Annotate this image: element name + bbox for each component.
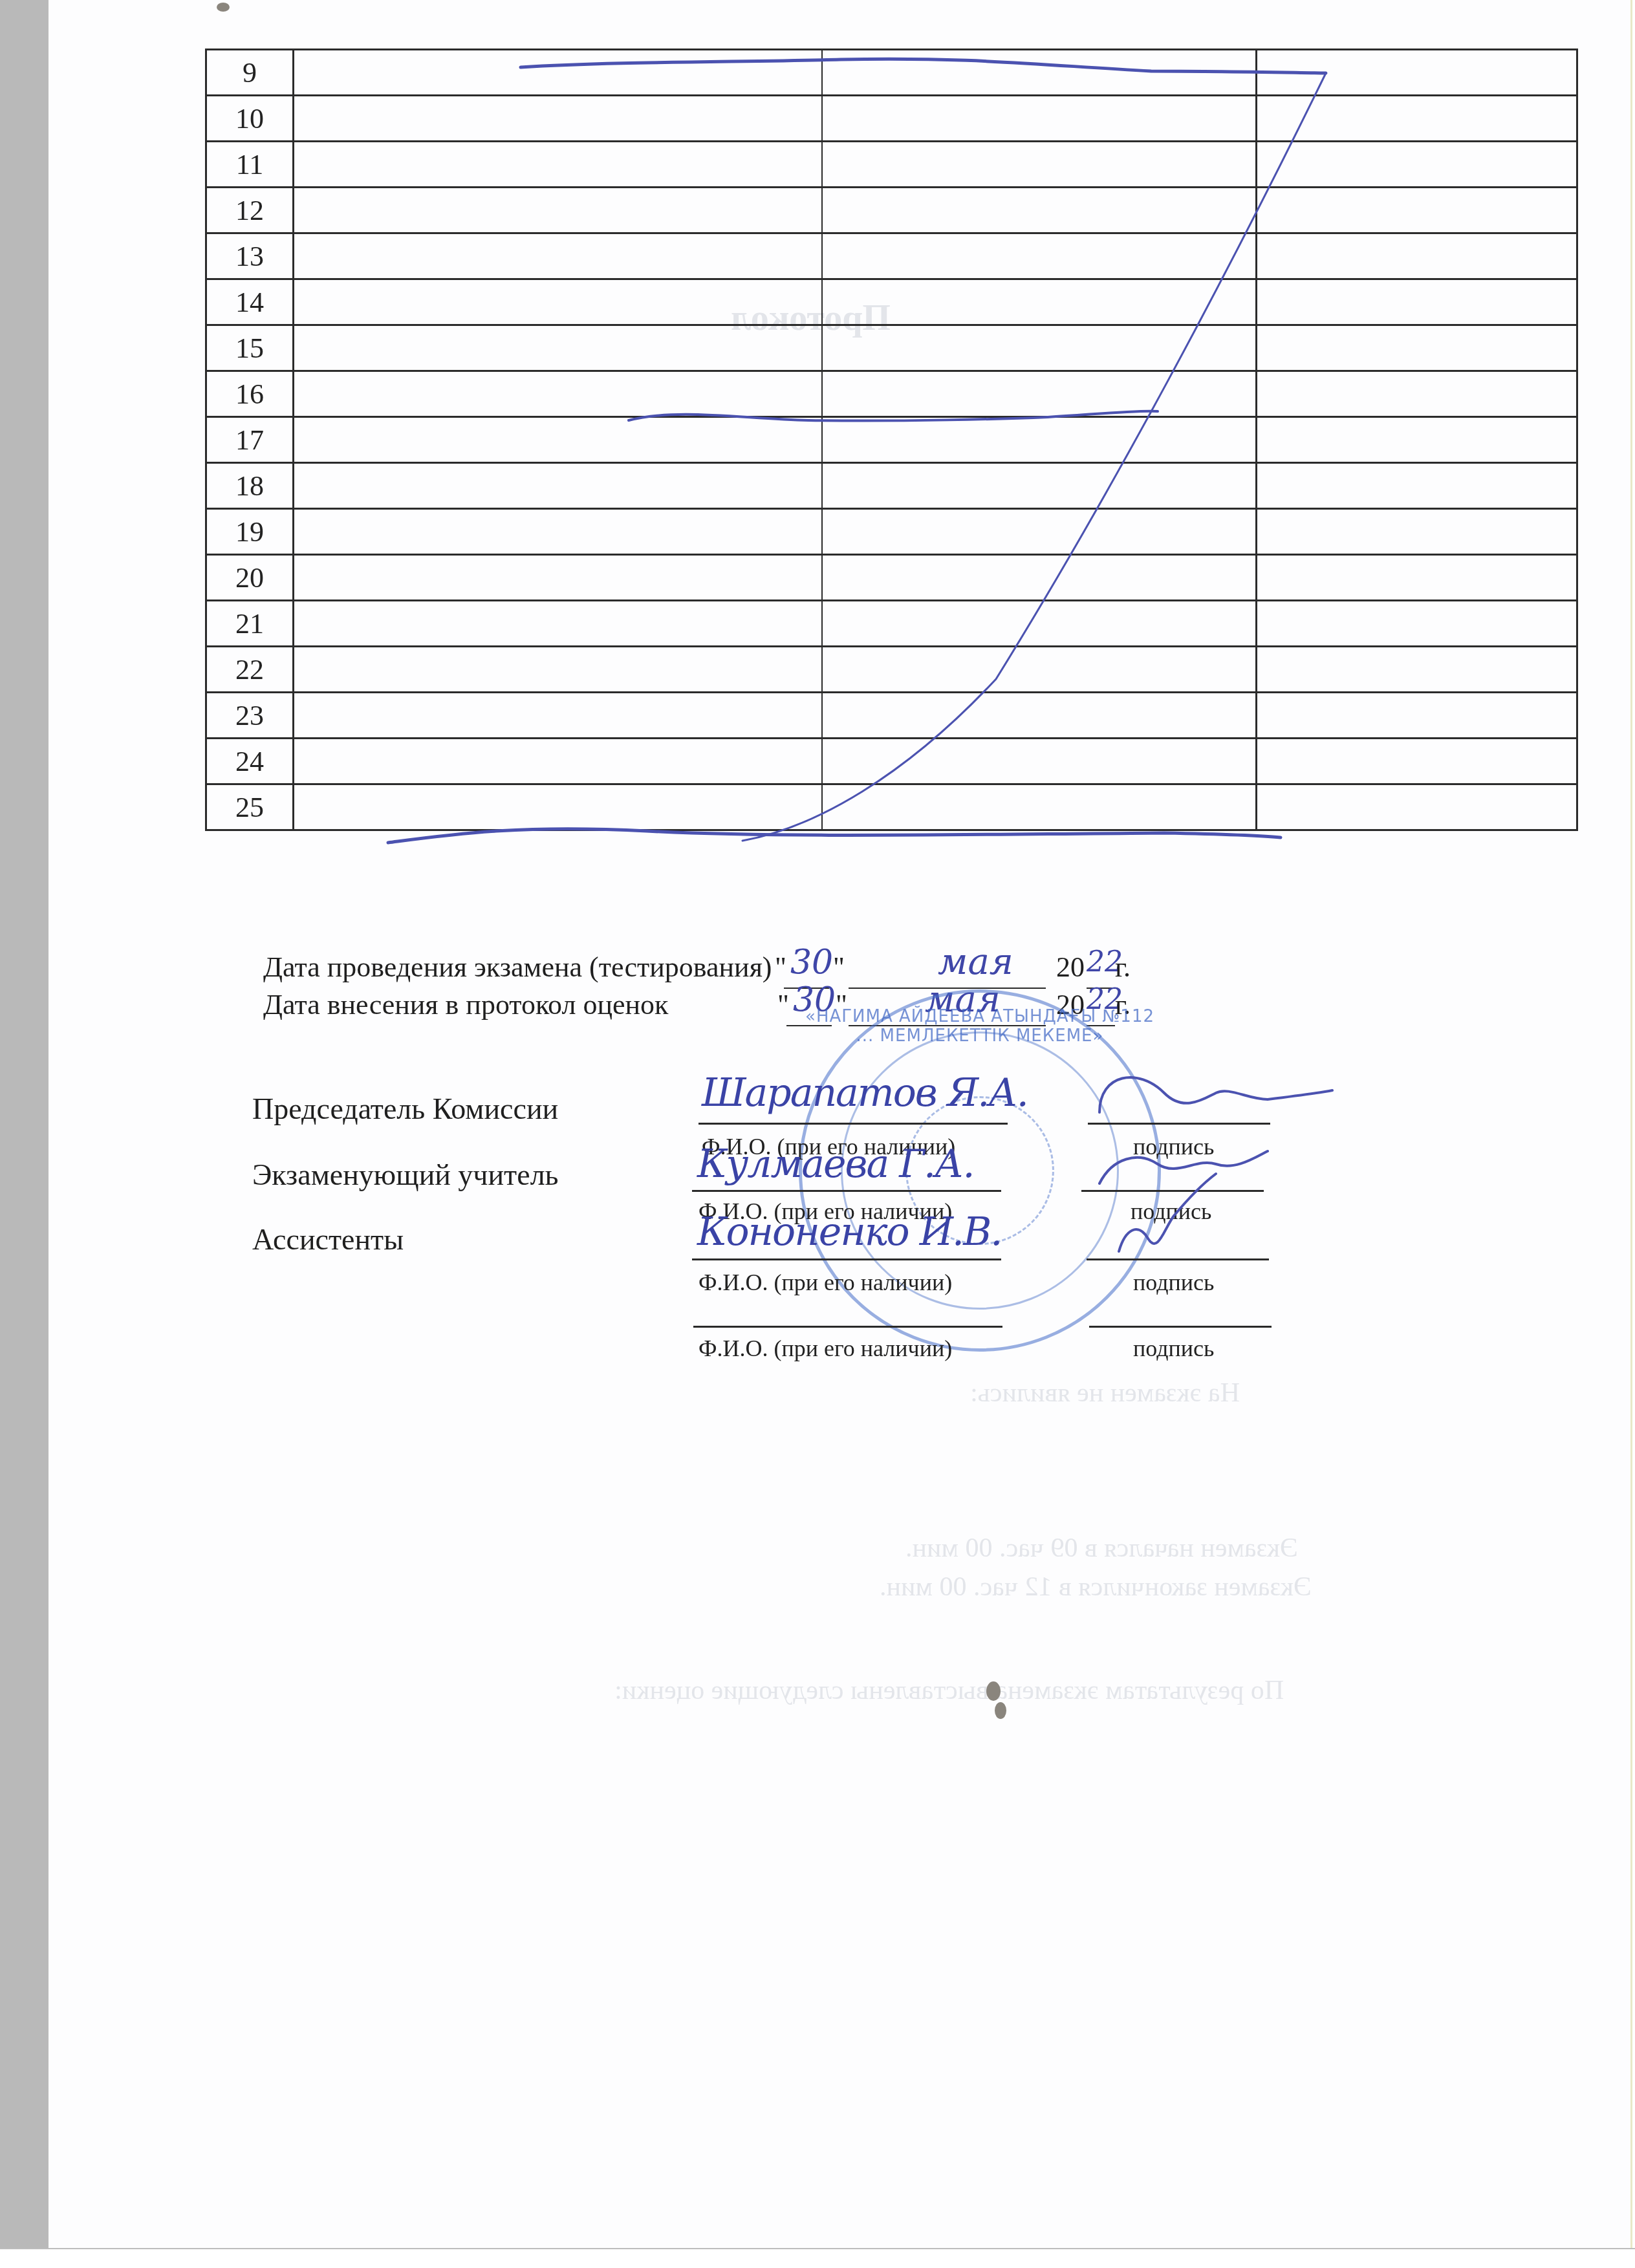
row-number-cell: 14 xyxy=(206,279,294,325)
row-number-cell: 22 xyxy=(206,647,294,693)
name-cell xyxy=(294,647,823,693)
chair-signature-caption: подпись xyxy=(1133,1133,1214,1160)
score-cell xyxy=(822,279,1257,325)
grade-cell xyxy=(1257,693,1577,739)
row-number-cell: 12 xyxy=(206,188,294,233)
bleed-through-end: Экзамен закончился в 12 час. 00 мин. xyxy=(880,1571,1312,1603)
table-row: 19 xyxy=(206,509,1577,555)
assistant2-fio-caption: Ф.И.О. (при его наличии) xyxy=(698,1335,952,1362)
assistant2-signature-line xyxy=(1089,1326,1272,1328)
page-edge xyxy=(1630,0,1632,2248)
assistant-name: Кононенко И.В. xyxy=(697,1209,1001,1255)
row-number-cell: 15 xyxy=(206,325,294,371)
table-row: 24 xyxy=(206,739,1577,784)
bleed-through-start: Экзамен начался в 09 час. 00 мин. xyxy=(905,1533,1298,1564)
row-number-cell: 20 xyxy=(206,555,294,601)
name-cell xyxy=(294,50,823,96)
grade-cell xyxy=(1257,417,1577,463)
grade-cell xyxy=(1257,188,1577,233)
name-cell xyxy=(294,371,823,417)
table-row: 13 xyxy=(206,233,1577,279)
table-row: 9 xyxy=(206,50,1577,96)
table-row: 18 xyxy=(206,463,1577,509)
name-cell xyxy=(294,96,823,142)
row-number-cell: 19 xyxy=(206,509,294,555)
grade-cell xyxy=(1257,279,1577,325)
grade-cell xyxy=(1257,463,1577,509)
chair-label: Председатель Комиссии xyxy=(252,1092,558,1126)
name-cell xyxy=(294,417,823,463)
score-cell xyxy=(822,739,1257,784)
assistant-signature-caption: подпись xyxy=(1133,1269,1214,1296)
grade-cell xyxy=(1257,325,1577,371)
assistant2-name-line xyxy=(693,1326,1002,1328)
score-cell xyxy=(822,784,1257,830)
grade-cell xyxy=(1257,509,1577,555)
teacher-label: Экзаменующий учитель xyxy=(252,1158,559,1192)
results-table: 910111213141516171819202122232425 xyxy=(205,49,1578,831)
row-number-cell: 10 xyxy=(206,96,294,142)
row-number-cell: 16 xyxy=(206,371,294,417)
name-cell xyxy=(294,601,823,647)
quote: " xyxy=(775,951,786,984)
grade-cell xyxy=(1257,96,1577,142)
year-unit: г. xyxy=(1115,951,1131,984)
grade-cell xyxy=(1257,371,1577,417)
table-row: 15 xyxy=(206,325,1577,371)
row-number-cell: 9 xyxy=(206,50,294,96)
name-cell xyxy=(294,555,823,601)
name-cell xyxy=(294,739,823,784)
chair-name: Шарапатов Я.А. xyxy=(702,1070,1028,1116)
table-row: 22 xyxy=(206,647,1577,693)
name-cell xyxy=(294,325,823,371)
row-number-cell: 18 xyxy=(206,463,294,509)
speck xyxy=(986,1681,1001,1701)
grade-cell xyxy=(1257,555,1577,601)
name-cell xyxy=(294,188,823,233)
row-number-cell: 17 xyxy=(206,417,294,463)
exam-year-prefix: 20 xyxy=(1056,951,1085,984)
quote: " xyxy=(833,951,845,984)
score-cell xyxy=(822,647,1257,693)
table-row: 10 xyxy=(206,96,1577,142)
name-cell xyxy=(294,509,823,555)
table-row: 23 xyxy=(206,693,1577,739)
grade-cell xyxy=(1257,601,1577,647)
score-cell xyxy=(822,142,1257,188)
assistant-signature-line xyxy=(1087,1258,1269,1260)
table-row: 12 xyxy=(206,188,1577,233)
row-number-cell: 23 xyxy=(206,693,294,739)
score-cell xyxy=(822,325,1257,371)
score-cell xyxy=(822,463,1257,509)
bleed-through-absent: На экзамен не явились: xyxy=(970,1377,1240,1409)
table-row: 21 xyxy=(206,601,1577,647)
table-row: 16 xyxy=(206,371,1577,417)
score-cell xyxy=(822,233,1257,279)
record-date-label: Дата внесения в протокол оценок xyxy=(263,988,668,1021)
grade-cell xyxy=(1257,784,1577,830)
chair-signature-line xyxy=(1088,1123,1270,1125)
chair-name-line xyxy=(698,1123,1008,1125)
score-cell xyxy=(822,693,1257,739)
scanner-margin xyxy=(0,0,49,2249)
exam-month: мая xyxy=(938,941,1013,983)
score-cell xyxy=(822,50,1257,96)
score-cell xyxy=(822,188,1257,233)
quote: " xyxy=(777,988,789,1021)
assistants-label: Ассистенты xyxy=(252,1222,404,1257)
bleed-through-results: По результатам экзамена выставлены следу… xyxy=(614,1675,1284,1706)
score-cell xyxy=(822,96,1257,142)
exam-date-label: Дата проведения экзамена (тестирования) xyxy=(263,951,772,984)
grade-cell xyxy=(1257,142,1577,188)
teacher-signature-line xyxy=(1081,1190,1264,1192)
name-cell xyxy=(294,233,823,279)
speck xyxy=(217,3,230,12)
speck xyxy=(995,1702,1006,1719)
row-number-cell: 24 xyxy=(206,739,294,784)
table-row: 11 xyxy=(206,142,1577,188)
exam-day: 30 xyxy=(790,943,833,982)
name-cell xyxy=(294,279,823,325)
row-number-cell: 11 xyxy=(206,142,294,188)
score-cell xyxy=(822,555,1257,601)
score-cell xyxy=(822,601,1257,647)
grade-cell xyxy=(1257,233,1577,279)
row-number-cell: 21 xyxy=(206,601,294,647)
teacher-name: Кулмаева Г.А. xyxy=(697,1141,974,1187)
row-number-cell: 13 xyxy=(206,233,294,279)
name-cell xyxy=(294,142,823,188)
stamp-text: «НАГИМА АЙДЕЕВА АТЫНДАҒЫ №112 ... МЕМЛЕК… xyxy=(802,993,1158,1046)
name-cell xyxy=(294,784,823,830)
assistant-name-line xyxy=(692,1258,1001,1260)
assistant2-signature-caption: подпись xyxy=(1133,1335,1214,1362)
score-cell xyxy=(822,509,1257,555)
row-number-cell: 25 xyxy=(206,784,294,830)
score-cell xyxy=(822,371,1257,417)
table-row: 25 xyxy=(206,784,1577,830)
table-row: 14 xyxy=(206,279,1577,325)
teacher-signature-caption: подпись xyxy=(1131,1198,1211,1225)
score-cell xyxy=(822,417,1257,463)
grade-cell xyxy=(1257,50,1577,96)
name-cell xyxy=(294,693,823,739)
teacher-name-line xyxy=(692,1190,1001,1192)
page-edge xyxy=(0,2248,1635,2249)
grade-cell xyxy=(1257,647,1577,693)
table-row: 20 xyxy=(206,555,1577,601)
table-row: 17 xyxy=(206,417,1577,463)
grade-cell xyxy=(1257,739,1577,784)
name-cell xyxy=(294,463,823,509)
assistant-fio-caption: Ф.И.О. (при его наличии) xyxy=(698,1269,952,1296)
